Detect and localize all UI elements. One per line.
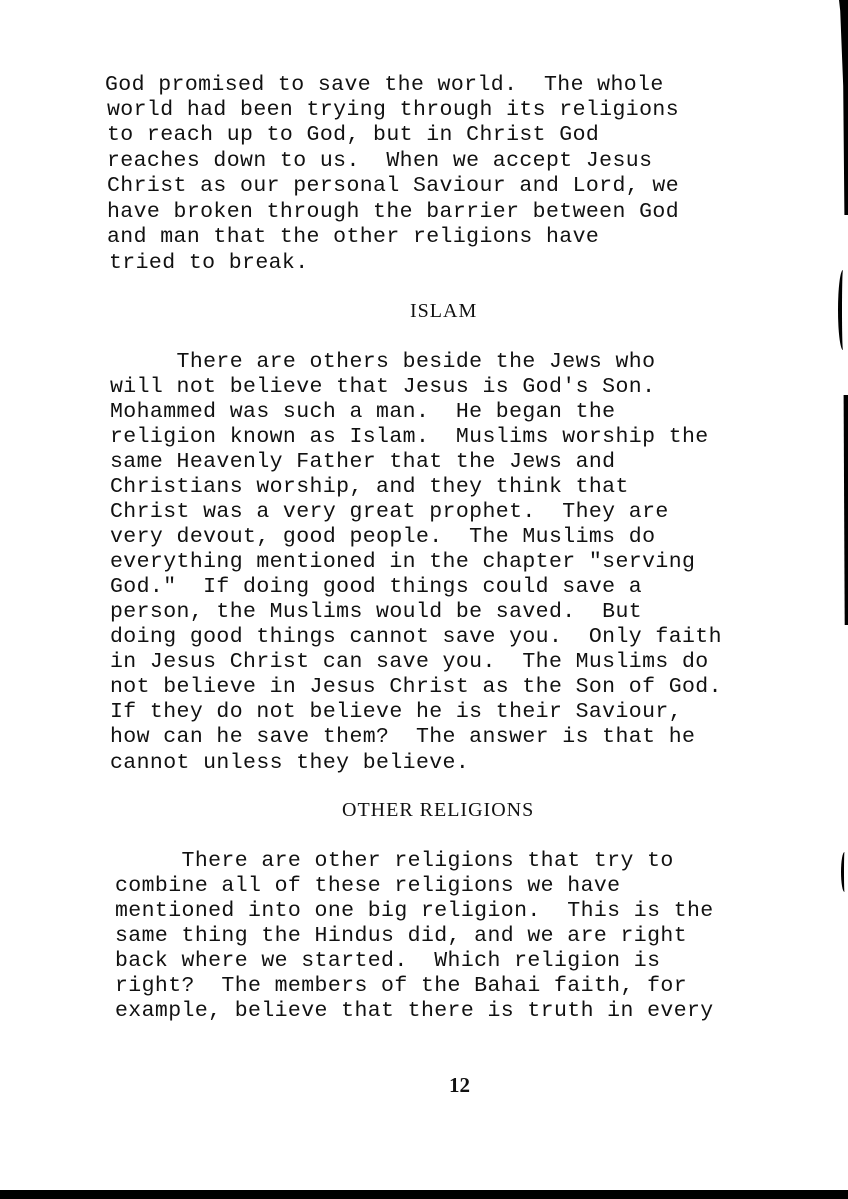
- document-page: God promised to save the world. The whol…: [0, 0, 848, 1199]
- text-line: Christians worship, and they think that: [110, 475, 629, 499]
- text-line: doing good things cannot save you. Only …: [110, 625, 722, 649]
- text-line: God." If doing good things could save a: [110, 575, 642, 599]
- page-number: 12: [449, 1073, 470, 1098]
- scan-bottom-border: [0, 1190, 848, 1199]
- text-line: same thing the Hindus did, and we are ri…: [115, 924, 687, 948]
- text-line: religion known as Islam. Muslims worship…: [110, 425, 709, 449]
- text-line: If they do not believe he is their Savio…: [110, 700, 682, 724]
- text-line: not believe in Jesus Christ as the Son o…: [110, 675, 722, 699]
- text-line: in Jesus Christ can save you. The Muslim…: [110, 650, 709, 674]
- text-line: cannot unless they believe.: [110, 751, 469, 775]
- text-line: Christ as our personal Saviour and Lord,…: [107, 174, 679, 198]
- scan-edge-shadow: [837, 395, 848, 625]
- text-line: combine all of these religions we have: [115, 874, 620, 898]
- text-line: world had been trying through its religi…: [107, 98, 679, 122]
- text-line: will not believe that Jesus is God's Son…: [110, 375, 655, 399]
- text-line: tried to break.: [109, 251, 309, 275]
- text-line: There are others beside the Jews who: [110, 350, 655, 374]
- text-line: Mohammed was such a man. He began the: [110, 400, 615, 424]
- text-line: back where we started. Which religion is: [115, 949, 660, 973]
- scan-edge-mark: [841, 852, 848, 892]
- text-line: reaches down to us. When we accept Jesus: [107, 149, 652, 173]
- text-line: person, the Muslims would be saved. But: [110, 600, 642, 624]
- scan-edge-shadow: [836, 0, 848, 215]
- text-line: and man that the other religions have: [107, 225, 599, 249]
- text-line: very devout, good people. The Muslims do: [110, 525, 655, 549]
- text-line: everything mentioned in the chapter "ser…: [110, 550, 695, 574]
- text-line: to reach up to God, but in Christ God: [107, 123, 599, 147]
- text-line: have broken through the barrier between …: [107, 200, 679, 224]
- text-line: how can he save them? The answer is that…: [110, 725, 695, 749]
- section-heading-other-religions: OTHER RELIGIONS: [342, 799, 534, 822]
- text-line: same Heavenly Father that the Jews and: [110, 450, 615, 474]
- text-line: example, believe that there is truth in …: [115, 999, 714, 1023]
- text-line: God promised to save the world. The whol…: [105, 73, 664, 97]
- text-line: mentioned into one big religion. This is…: [115, 899, 714, 923]
- text-line: right? The members of the Bahai faith, f…: [115, 974, 687, 998]
- text-line: There are other religions that try to: [115, 849, 674, 873]
- text-line: Christ was a very great prophet. They ar…: [110, 500, 669, 524]
- scan-edge-mark: [838, 270, 848, 350]
- section-heading-islam: ISLAM: [410, 300, 477, 323]
